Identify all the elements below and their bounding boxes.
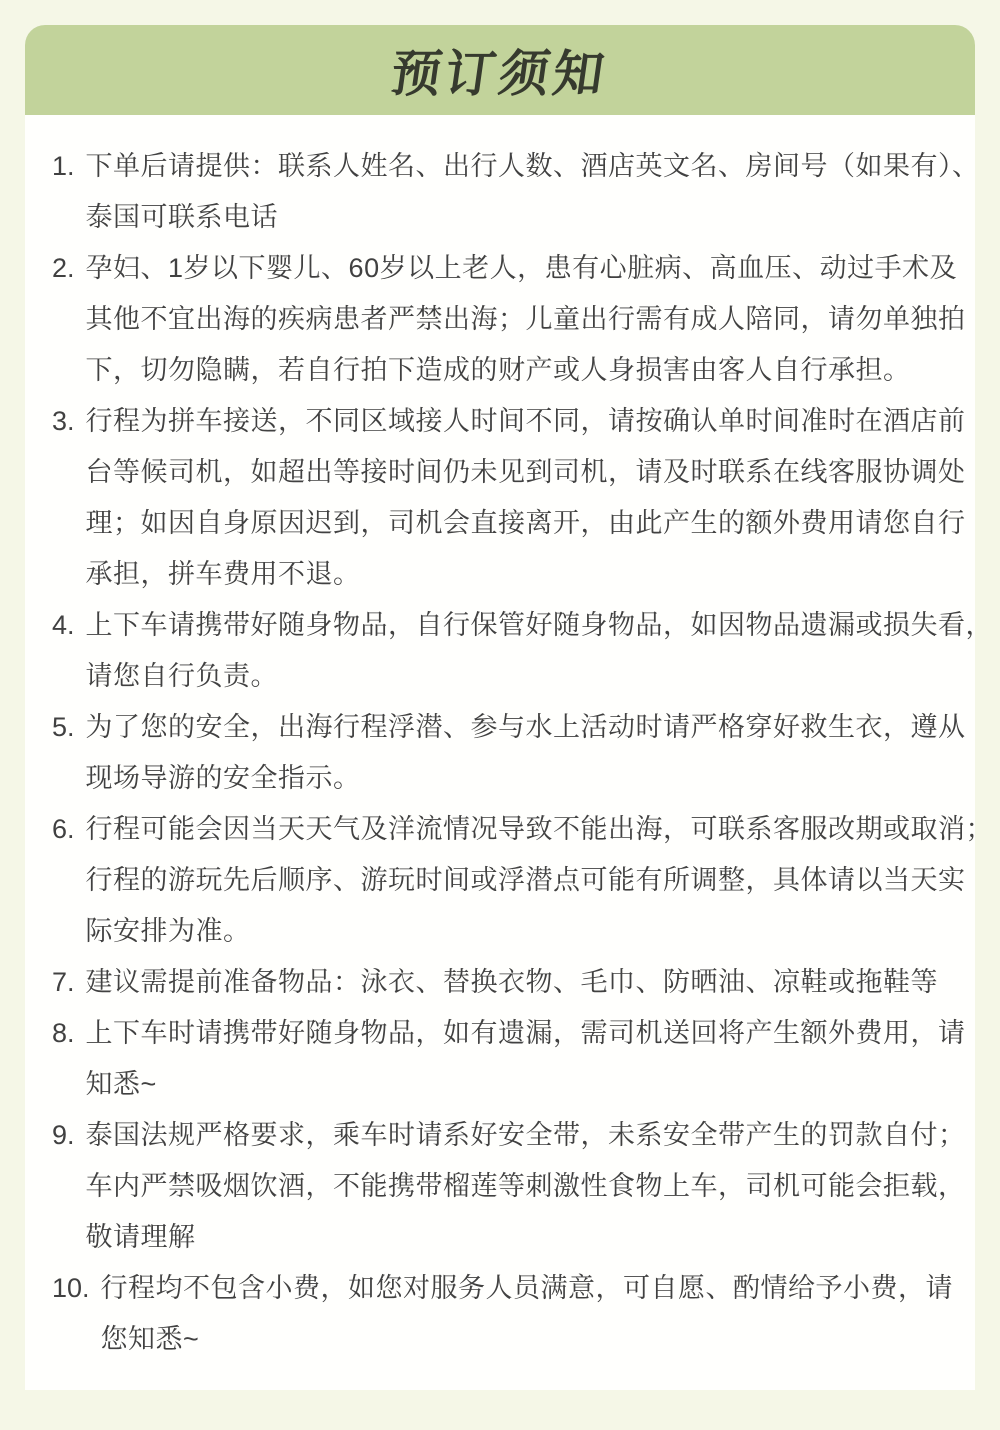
item-text: 上下车请携带好随身物品，自行保管好随身物品，如因物品遗漏或损失看，请您自行负责。: [86, 600, 945, 702]
item-number: 4.: [52, 600, 86, 651]
text-line: 承担，拼车费用不退。: [86, 549, 945, 600]
text-line: 现场导游的安全指示。: [86, 753, 945, 804]
text-line: 其他不宜出海的疾病患者严禁出海；儿童出行需有成人陪同，请勿单独拍: [86, 294, 945, 345]
item-text: 上下车时请携带好随身物品，如有遗漏，需司机送回将产生额外费用，请知悉~: [86, 1008, 945, 1110]
item-number: 5.: [52, 702, 86, 753]
item-number: 9.: [52, 1110, 86, 1161]
page-title: 预订须知: [387, 34, 613, 106]
text-line: 上下车时请携带好随身物品，如有遗漏，需司机送回将产生额外费用，请: [86, 1008, 945, 1059]
text-line: 行程均不包含小费，如您对服务人员满意，可自愿、酌情给予小费，请: [101, 1263, 945, 1314]
list-item: 4.上下车请携带好随身物品，自行保管好随身物品，如因物品遗漏或损失看，请您自行负…: [52, 600, 945, 702]
booking-notice-page: { "colors": { "page_background": "#f5f7e…: [0, 0, 1000, 1430]
text-line: 下，切勿隐瞒，若自行拍下造成的财产或人身损害由客人自行承担。: [86, 345, 945, 396]
text-line: 敬请理解: [86, 1212, 945, 1263]
text-line: 孕妇、1岁以下婴儿、60岁以上老人，患有心脏病、高血压、动过手术及: [86, 243, 945, 294]
list-item: 2.孕妇、1岁以下婴儿、60岁以上老人，患有心脏病、高血压、动过手术及其他不宜出…: [52, 243, 945, 396]
list-item: 1.下单后请提供：联系人姓名、出行人数、酒店英文名、房间号（如果有）、泰国可联系…: [52, 141, 945, 243]
text-line: 行程可能会因当天天气及洋流情况导致不能出海，可联系客服改期或取消；: [86, 804, 945, 855]
item-text: 行程为拼车接送，不同区域接人时间不同，请按确认单时间准时在酒店前台等候司机，如超…: [86, 396, 945, 600]
item-text: 下单后请提供：联系人姓名、出行人数、酒店英文名、房间号（如果有）、泰国可联系电话: [86, 141, 945, 243]
item-number: 2.: [52, 243, 86, 294]
item-text: 泰国法规严格要求，乘车时请系好安全带，未系安全带产生的罚款自付；车内严禁吸烟饮酒…: [86, 1110, 945, 1263]
text-line: 车内严禁吸烟饮酒，不能携带榴莲等刺激性食物上车，司机可能会拒载，: [86, 1161, 945, 1212]
list-item: 5.为了您的安全，出海行程浮潜、参与水上活动时请严格穿好救生衣，遵从现场导游的安…: [52, 702, 945, 804]
notice-list: 1.下单后请提供：联系人姓名、出行人数、酒店英文名、房间号（如果有）、泰国可联系…: [25, 115, 975, 1365]
item-number: 3.: [52, 396, 86, 447]
list-item: 7.建议需提前准备物品：泳衣、替换衣物、毛巾、防晒油、凉鞋或拖鞋等: [52, 957, 945, 1008]
text-line: 请您自行负责。: [86, 651, 945, 702]
text-line: 为了您的安全，出海行程浮潜、参与水上活动时请严格穿好救生衣，遵从: [86, 702, 945, 753]
item-number: 8.: [52, 1008, 86, 1059]
text-line: 行程的游玩先后顺序、游玩时间或浮潜点可能有所调整，具体请以当天实: [86, 855, 945, 906]
text-line: 泰国可联系电话: [86, 192, 945, 243]
item-text: 行程均不包含小费，如您对服务人员满意，可自愿、酌情给予小费，请您知悉~: [101, 1263, 945, 1365]
text-line: 泰国法规严格要求，乘车时请系好安全带，未系安全带产生的罚款自付；: [86, 1110, 945, 1161]
text-line: 理；如因自身原因迟到，司机会直接离开，由此产生的额外费用请您自行: [86, 498, 945, 549]
notice-header-band: 预订须知: [25, 25, 975, 115]
list-item: 3.行程为拼车接送，不同区域接人时间不同，请按确认单时间准时在酒店前台等候司机，…: [52, 396, 945, 600]
text-line: 行程为拼车接送，不同区域接人时间不同，请按确认单时间准时在酒店前: [86, 396, 945, 447]
text-line: 下单后请提供：联系人姓名、出行人数、酒店英文名、房间号（如果有）、: [86, 141, 945, 192]
list-item: 8.上下车时请携带好随身物品，如有遗漏，需司机送回将产生额外费用，请知悉~: [52, 1008, 945, 1110]
item-number: 6.: [52, 804, 86, 855]
item-number: 10.: [52, 1263, 101, 1314]
text-line: 您知悉~: [101, 1314, 945, 1365]
item-text: 建议需提前准备物品：泳衣、替换衣物、毛巾、防晒油、凉鞋或拖鞋等: [86, 957, 945, 1008]
text-line: 际安排为准。: [86, 906, 945, 957]
item-text: 孕妇、1岁以下婴儿、60岁以上老人，患有心脏病、高血压、动过手术及其他不宜出海的…: [86, 243, 945, 396]
list-item: 9.泰国法规严格要求，乘车时请系好安全带，未系安全带产生的罚款自付；车内严禁吸烟…: [52, 1110, 945, 1263]
item-text: 为了您的安全，出海行程浮潜、参与水上活动时请严格穿好救生衣，遵从现场导游的安全指…: [86, 702, 945, 804]
list-item: 10.行程均不包含小费，如您对服务人员满意，可自愿、酌情给予小费，请您知悉~: [52, 1263, 945, 1365]
item-number: 1.: [52, 141, 86, 192]
text-line: 台等候司机，如超出等接时间仍未见到司机，请及时联系在线客服协调处: [86, 447, 945, 498]
item-number: 7.: [52, 957, 86, 1008]
list-item: 6.行程可能会因当天天气及洋流情况导致不能出海，可联系客服改期或取消；行程的游玩…: [52, 804, 945, 957]
text-line: 知悉~: [86, 1059, 945, 1110]
text-line: 上下车请携带好随身物品，自行保管好随身物品，如因物品遗漏或损失看，: [86, 600, 945, 651]
notice-card: 预订须知 1.下单后请提供：联系人姓名、出行人数、酒店英文名、房间号（如果有）、…: [25, 25, 975, 1390]
text-line: 建议需提前准备物品：泳衣、替换衣物、毛巾、防晒油、凉鞋或拖鞋等: [86, 957, 945, 1008]
item-text: 行程可能会因当天天气及洋流情况导致不能出海，可联系客服改期或取消；行程的游玩先后…: [86, 804, 945, 957]
